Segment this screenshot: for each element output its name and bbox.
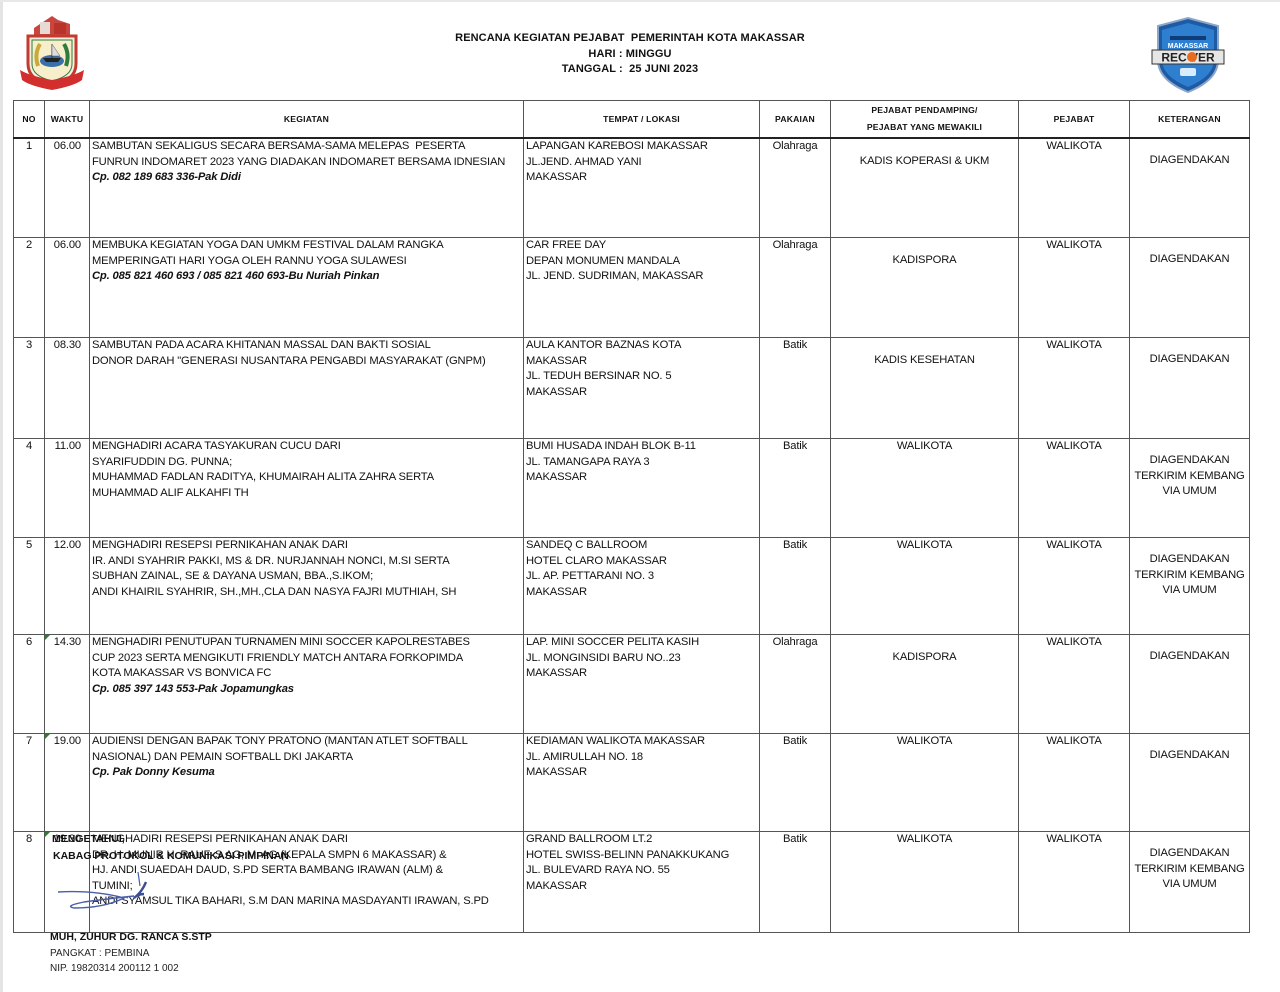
location-line: MAKASSAR [526, 765, 759, 781]
location-line: KEDIAMAN WALIKOTA MAKASSAR [526, 734, 759, 750]
table-row: 106.00SAMBUTAN SEKALIGUS SECARA BERSAMA-… [14, 138, 1250, 238]
column-header-tempat: TEMPAT / LOKASI [524, 101, 760, 139]
time-text: 19.00 [54, 735, 81, 747]
cell-pendamping: WALIKOTA [831, 832, 1019, 933]
cell-tempat: AULA KANTOR BAZNAS KOTAMAKASSARJL. TEDUH… [524, 338, 760, 439]
status-text: DIAGENDAKAN [1130, 453, 1249, 469]
signer-position: KABAG PROTOKOL & KOMUNIKASI PIMPINAN [53, 850, 289, 862]
signature-icon [54, 868, 154, 916]
cell-pakaian: Batik [760, 439, 831, 538]
companion-official: WALIKOTA [831, 439, 1018, 455]
time-text: 08.30 [54, 339, 81, 351]
cell-comment-marker-icon [45, 832, 50, 837]
column-header-pendamping-line2: PEJABAT YANG MEWAKILI [831, 119, 1018, 136]
status-text: DIAGENDAKAN [1130, 846, 1249, 862]
schedule-table: NO WAKTU KEGIATAN TEMPAT / LOKASI PAKAIA… [13, 100, 1250, 933]
location-line: MAKASSAR [526, 470, 759, 486]
cell-no: 2 [14, 238, 45, 338]
location-line: JL. BULEVARD RAYA NO. 55 [526, 863, 759, 879]
cell-tempat: CAR FREE DAYDEPAN MONUMEN MANDALAJL. JEN… [524, 238, 760, 338]
activity-line: AUDIENSI DENGAN BAPAK TONY PRATONO (MANT… [92, 734, 523, 750]
cell-pejabat: WALIKOTA [1019, 439, 1130, 538]
cell-tempat: LAP. MINI SOCCER PELITA KASIHJL. MONGINS… [524, 635, 760, 734]
activity-line: KOTA MAKASSAR VS BONVICA FC [92, 666, 523, 682]
contact-person: Cp. 082 189 683 336-Pak Didi [92, 170, 523, 186]
status-text: DIAGENDAKAN [1130, 252, 1249, 268]
location-line: HOTEL SWISS-BELINN PANAKKUKANG [526, 848, 759, 864]
cell-pejabat: WALIKOTA [1019, 238, 1130, 338]
location-line: AULA KANTOR BAZNAS KOTA [526, 338, 759, 354]
cell-tempat: SANDEQ C BALLROOMHOTEL CLARO MAKASSARJL.… [524, 538, 760, 635]
cell-keterangan: DIAGENDAKAN [1130, 734, 1250, 832]
cell-pendamping: WALIKOTA [831, 538, 1019, 635]
cell-waktu: 19.00 [45, 734, 90, 832]
svg-text:MAKASSAR: MAKASSAR [1168, 43, 1208, 50]
cell-comment-marker-icon [45, 734, 50, 739]
cell-pejabat: WALIKOTA [1019, 832, 1130, 933]
activity-line: MEMBUKA KEGIATAN YOGA DAN UMKM FESTIVAL … [92, 238, 523, 254]
location-line: JL. JEND. SUDRIMAN, MAKASSAR [526, 269, 759, 285]
column-header-keterangan: KETERANGAN [1130, 101, 1250, 139]
cell-kegiatan: SAMBUTAN SEKALIGUS SECARA BERSAMA-SAMA M… [90, 138, 524, 238]
time-text: 06.00 [54, 140, 81, 152]
column-header-pendamping: PEJABAT PENDAMPING/ PEJABAT YANG MEWAKIL… [831, 101, 1019, 139]
location-line: HOTEL CLARO MAKASSAR [526, 554, 759, 570]
activity-line: ANDI KHAIRIL SYAHRIR, SH.,MH.,CLA DAN NA… [92, 585, 523, 601]
cell-pejabat: WALIKOTA [1019, 338, 1130, 439]
table-row: 819.30MENGHADIRI RESEPSI PERNIKAHAN ANAK… [14, 832, 1250, 933]
activity-line: MENGHADIRI PENUTUPAN TURNAMEN MINI SOCCE… [92, 635, 523, 651]
cell-waktu: 11.00 [45, 439, 90, 538]
cell-comment-marker-icon [45, 635, 50, 640]
cell-pejabat: WALIKOTA [1019, 138, 1130, 238]
cell-kegiatan: MENGHADIRI RESEPSI PERNIKAHAN ANAK DARID… [90, 832, 524, 933]
activity-line: FUNRUN INDOMARET 2023 YANG DIADAKAN INDO… [92, 155, 523, 171]
location-line: JL. TAMANGAPA RAYA 3 [526, 455, 759, 471]
cell-pakaian: Olahraga [760, 138, 831, 238]
status-text: VIA UMUM [1130, 583, 1249, 599]
cell-keterangan: DIAGENDAKANTERKIRIM KEMBANGVIA UMUM [1130, 832, 1250, 933]
contact-person: Cp. Pak Donny Kesuma [92, 765, 523, 781]
location-line: BUMI HUSADA INDAH BLOK B-11 [526, 439, 759, 455]
cell-pendamping: KADIS KOPERASI & UKM [831, 138, 1019, 238]
cell-no: 4 [14, 439, 45, 538]
location-line: JL. TEDUH BERSINAR NO. 5 [526, 369, 759, 385]
time-text: 14.30 [54, 636, 81, 648]
document-title: RENCANA KEGIATAN PEJABAT PEMERINTAH KOTA… [380, 31, 880, 78]
column-header-no: NO [14, 101, 45, 139]
location-line: MAKASSAR [526, 879, 759, 895]
table-row: 206.00MEMBUKA KEGIATAN YOGA DAN UMKM FES… [14, 238, 1250, 338]
status-text: VIA UMUM [1130, 877, 1249, 893]
location-line: JL. MONGINSIDI BARU NO..23 [526, 651, 759, 667]
cell-pakaian: Batik [760, 734, 831, 832]
cell-waktu: 14.30 [45, 635, 90, 734]
title-line-day: HARI : MINGGU [380, 47, 880, 63]
cell-kegiatan: AUDIENSI DENGAN BAPAK TONY PRATONO (MANT… [90, 734, 524, 832]
activity-line: IR. ANDI SYAHRIR PAKKI, MS & DR. NURJANN… [92, 554, 523, 570]
table-header-row: NO WAKTU KEGIATAN TEMPAT / LOKASI PAKAIA… [14, 101, 1250, 139]
activity-line: SAMBUTAN SEKALIGUS SECARA BERSAMA-SAMA M… [92, 139, 523, 155]
cell-kegiatan: MEMBUKA KEGIATAN YOGA DAN UMKM FESTIVAL … [90, 238, 524, 338]
cell-pejabat: WALIKOTA [1019, 734, 1130, 832]
status-text: DIAGENDAKAN [1130, 153, 1249, 169]
cell-pendamping: KADIS KESEHATAN [831, 338, 1019, 439]
cell-kegiatan: MENGHADIRI RESEPSI PERNIKAHAN ANAK DARII… [90, 538, 524, 635]
location-line: MAKASSAR [526, 666, 759, 682]
cell-keterangan: DIAGENDAKAN [1130, 138, 1250, 238]
title-line-1: RENCANA KEGIATAN PEJABAT PEMERINTAH KOTA… [380, 31, 880, 47]
activity-line: SYARIFUDDIN DG. PUNNA; [92, 455, 523, 471]
cell-tempat: GRAND BALLROOM LT.2HOTEL SWISS-BELINN PA… [524, 832, 760, 933]
cell-no: 8 [14, 832, 45, 933]
status-text: DIAGENDAKAN [1130, 748, 1249, 764]
cell-pendamping: KADISPORA [831, 238, 1019, 338]
location-line: MAKASSAR [526, 585, 759, 601]
cell-no: 6 [14, 635, 45, 734]
location-line: JL. AP. PETTARANI NO. 3 [526, 569, 759, 585]
location-line: LAP. MINI SOCCER PELITA KASIH [526, 635, 759, 651]
cell-pakaian: Batik [760, 338, 831, 439]
table-row: 411.00MENGHADIRI ACARA TASYAKURAN CUCU D… [14, 439, 1250, 538]
contact-person: Cp. 085 397 143 553-Pak Jopamungkas [92, 682, 523, 698]
column-header-waktu: WAKTU [45, 101, 90, 139]
time-text: 11.00 [55, 440, 81, 452]
location-line: MAKASSAR [526, 170, 759, 186]
table-row: 614.30MENGHADIRI PENUTUPAN TURNAMEN MINI… [14, 635, 1250, 734]
signer-rank: PANGKAT : PEMBINA [50, 948, 149, 959]
activity-line: MENGHADIRI RESEPSI PERNIKAHAN ANAK DARI [92, 538, 523, 554]
cell-keterangan: DIAGENDAKANTERKIRIM KEMBANGVIA UMUM [1130, 538, 1250, 635]
cell-no: 1 [14, 138, 45, 238]
activity-line: MENGHADIRI ACARA TASYAKURAN CUCU DARI [92, 439, 523, 455]
makassar-recover-shield-icon: MAKASSAR REC VER [1148, 16, 1228, 94]
cell-pakaian: Olahraga [760, 238, 831, 338]
cell-pejabat: WALIKOTA [1019, 635, 1130, 734]
status-text: DIAGENDAKAN [1130, 649, 1249, 665]
companion-official: KADIS KESEHATAN [831, 338, 1018, 369]
activity-line: ANDI SYAMSUL TIKA BAHARI, S.M DAN MARINA… [92, 894, 523, 910]
contact-person: Cp. 085 821 460 693 / 085 821 460 693-Bu… [92, 269, 523, 285]
table-row: 719.00AUDIENSI DENGAN BAPAK TONY PRATONO… [14, 734, 1250, 832]
location-line: JL.JEND. AHMAD YANI [526, 155, 759, 171]
cell-pendamping: KADISPORA [831, 635, 1019, 734]
companion-official: KADISPORA [831, 238, 1018, 269]
cell-tempat: LAPANGAN KAREBOSI MAKASSARJL.JEND. AHMAD… [524, 138, 760, 238]
cell-pejabat: WALIKOTA [1019, 538, 1130, 635]
activity-line: MENGHADIRI RESEPSI PERNIKAHAN ANAK DARI [92, 832, 523, 848]
cell-pendamping: WALIKOTA [831, 439, 1019, 538]
cell-waktu: 06.00 [45, 138, 90, 238]
cell-kegiatan: MENGHADIRI PENUTUPAN TURNAMEN MINI SOCCE… [90, 635, 524, 734]
cell-keterangan: DIAGENDAKAN [1130, 635, 1250, 734]
activity-line: MEMPERINGATI HARI YOGA OLEH RANNU YOGA S… [92, 254, 523, 270]
activity-line: SUBHAN ZAINAL, SE & DAYANA USMAN, BBA.,S… [92, 569, 523, 585]
location-line: DEPAN MONUMEN MANDALA [526, 254, 759, 270]
title-line-date: TANGGAL : 25 JUNI 2023 [380, 62, 880, 78]
location-line: MAKASSAR [526, 385, 759, 401]
cell-keterangan: DIAGENDAKAN [1130, 338, 1250, 439]
activity-line: NASIONAL) DAN PEMAIN SOFTBALL DKI JAKART… [92, 750, 523, 766]
makassar-city-emblem-icon [16, 14, 88, 92]
cell-pakaian: Olahraga [760, 635, 831, 734]
cell-waktu: 08.30 [45, 338, 90, 439]
cell-kegiatan: MENGHADIRI ACARA TASYAKURAN CUCU DARISYA… [90, 439, 524, 538]
cell-kegiatan: SAMBUTAN PADA ACARA KHITANAN MASSAL DAN … [90, 338, 524, 439]
cell-pakaian: Batik [760, 538, 831, 635]
companion-official: WALIKOTA [831, 832, 1018, 848]
acknowledged-label: MENGETAHUI, [52, 833, 125, 845]
cell-no: 7 [14, 734, 45, 832]
activity-line: MUHAMMAD ALIF ALKAHFI TH [92, 486, 523, 502]
column-header-pejabat: PEJABAT [1019, 101, 1130, 139]
location-line: GRAND BALLROOM LT.2 [526, 832, 759, 848]
cell-no: 5 [14, 538, 45, 635]
location-line: SANDEQ C BALLROOM [526, 538, 759, 554]
cell-tempat: BUMI HUSADA INDAH BLOK B-11JL. TAMANGAPA… [524, 439, 760, 538]
status-text: DIAGENDAKAN [1130, 552, 1249, 568]
cell-waktu: 06.00 [45, 238, 90, 338]
status-text: DIAGENDAKAN [1130, 352, 1249, 368]
location-line: LAPANGAN KAREBOSI MAKASSAR [526, 139, 759, 155]
time-text: 12.00 [54, 539, 81, 551]
signer-nip: NIP. 19820314 200112 1 002 [50, 963, 179, 974]
status-text: TERKIRIM KEMBANG [1130, 568, 1249, 584]
page-edge [0, 0, 3, 992]
table-row: 512.00MENGHADIRI RESEPSI PERNIKAHAN ANAK… [14, 538, 1250, 635]
column-header-kegiatan: KEGIATAN [90, 101, 524, 139]
cell-tempat: KEDIAMAN WALIKOTA MAKASSARJL. AMIRULLAH … [524, 734, 760, 832]
status-text: TERKIRIM KEMBANG [1130, 469, 1249, 485]
cell-waktu: 12.00 [45, 538, 90, 635]
activity-line: HJ. ANDI SUAEDAH DAUD, S.PD SERTA BAMBAN… [92, 863, 523, 879]
activity-line: TUMINI; [92, 879, 523, 895]
location-line: JL. AMIRULLAH NO. 18 [526, 750, 759, 766]
status-text: VIA UMUM [1130, 484, 1249, 500]
companion-official: WALIKOTA [831, 538, 1018, 554]
activity-line: SAMBUTAN PADA ACARA KHITANAN MASSAL DAN … [92, 338, 523, 354]
location-line: CAR FREE DAY [526, 238, 759, 254]
table-row: 308.30SAMBUTAN PADA ACARA KHITANAN MASSA… [14, 338, 1250, 439]
activity-line: CUP 2023 SERTA MENGIKUTI FRIENDLY MATCH … [92, 651, 523, 667]
time-text: 06.00 [54, 239, 81, 251]
cell-pendamping: WALIKOTA [831, 734, 1019, 832]
companion-official: KADIS KOPERASI & UKM [831, 139, 1018, 170]
location-line: MAKASSAR [526, 354, 759, 370]
companion-official: KADISPORA [831, 635, 1018, 666]
signer-name: MUH, ZUHUR DG. RANCA S.STP [50, 931, 212, 943]
companion-official: WALIKOTA [831, 734, 1018, 750]
column-header-pakaian: PAKAIAN [760, 101, 831, 139]
status-text: TERKIRIM KEMBANG [1130, 862, 1249, 878]
activity-line: DONOR DARAH "GENERASI NUSANTARA PENGABDI… [92, 354, 523, 370]
cell-pakaian: Batik [760, 832, 831, 933]
cell-no: 3 [14, 338, 45, 439]
page-top-edge [0, 0, 1280, 2]
cell-keterangan: DIAGENDAKAN [1130, 238, 1250, 338]
activity-line: MUHAMMAD FADLAN RADITYA, KHUMAIRAH ALITA… [92, 470, 523, 486]
column-header-pendamping-line1: PEJABAT PENDAMPING/ [831, 102, 1018, 119]
cell-keterangan: DIAGENDAKANTERKIRIM KEMBANGVIA UMUM [1130, 439, 1250, 538]
